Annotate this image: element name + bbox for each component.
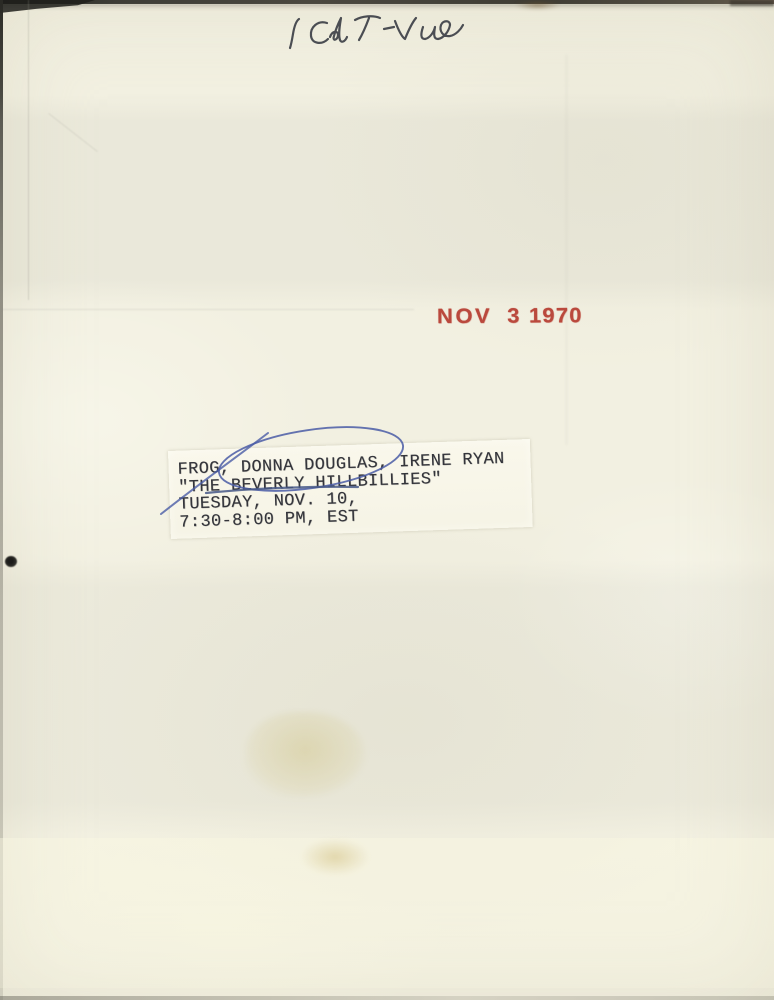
ink-dot (5, 556, 17, 567)
handwritten-note (283, 6, 478, 54)
scan-edge-left (0, 0, 3, 1000)
top-edge-smudge (515, 0, 560, 10)
yellow-stain-small (300, 838, 370, 876)
date-stamp-day: 3 (507, 304, 522, 328)
scan-edge-bottom (0, 996, 774, 1000)
yellow-stain-large (245, 712, 365, 797)
scan-corner-top-left (0, 0, 95, 13)
scan-corner-top-right (730, 0, 774, 6)
paper-tone-band-middle (0, 560, 774, 835)
paper-tone-band-bottom (0, 838, 774, 988)
date-stamp-month: NOV (437, 304, 492, 328)
photo-verso-scan: NOV31970 FROG, DONNA DOUGLAS, IRENE RYAN… (0, 0, 774, 1000)
paper-crease-horizontal (0, 309, 414, 310)
date-stamp: NOV31970 (437, 303, 583, 329)
paper-tone-band-upper (0, 95, 774, 310)
caption-slip: FROG, DONNA DOUGLAS, IRENE RYAN "THE BEV… (168, 439, 533, 539)
paper-crease-vertical-left (28, 0, 29, 300)
paper-crease-vertical-right (566, 55, 567, 445)
paper-crease-diagonal (48, 113, 97, 152)
scan-edge-top (0, 0, 774, 4)
date-stamp-year: 1970 (529, 303, 583, 327)
